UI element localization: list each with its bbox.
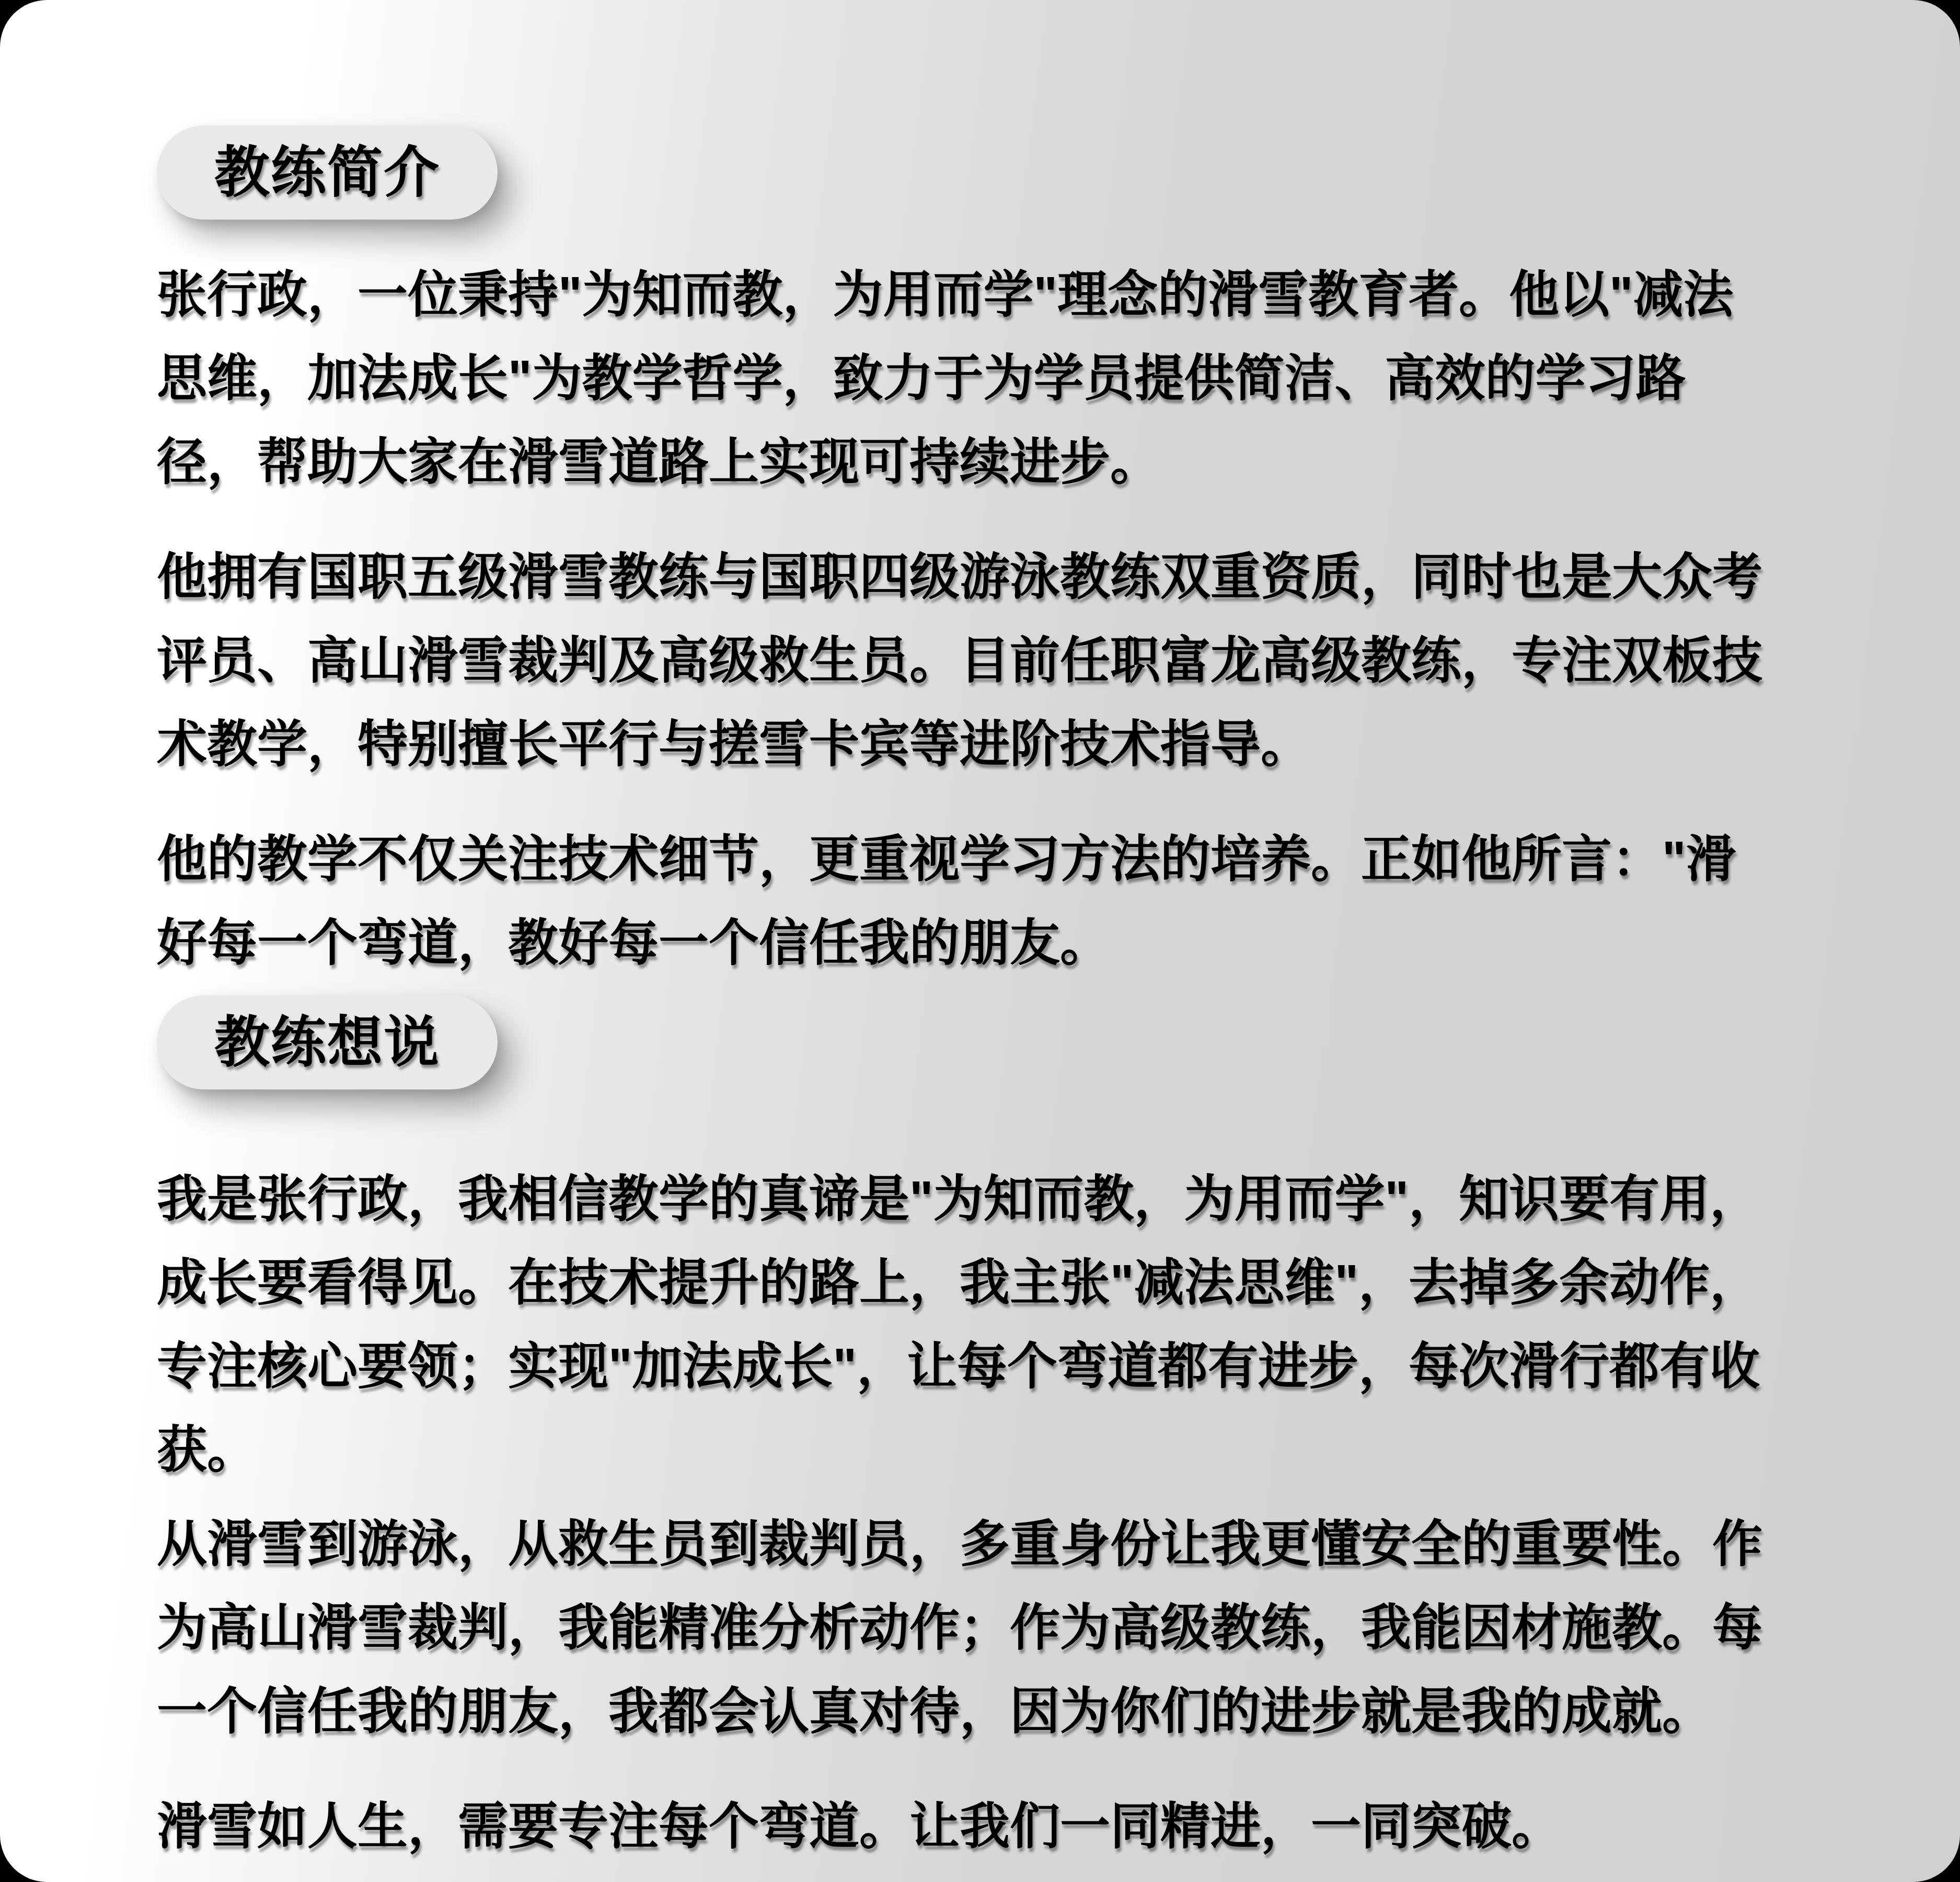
coach-profile-card: 教练简介 张行政，一位秉持"为知而教，为用而学"理念的滑雪教育者。他以"减法 思… — [0, 0, 1960, 1882]
intro-paragraph-2: 他拥有国职五级滑雪教练与国职四级游泳教练双重资质，同时也是大众考 评员、高山滑雪… — [157, 535, 1808, 786]
paragraph-line: 专注核心要领；实现"加法成长"，让每个弯道都有进步，每次滑行都有收 — [157, 1325, 1808, 1408]
intro-paragraph-3: 他的教学不仅关注技术细节，更重视学习方法的培养。正如他所言："滑 好每一个弯道，… — [157, 818, 1808, 985]
paragraph-line: 思维，加法成长"为教学哲学，致力于为学员提供简洁、高效的学习路 — [157, 337, 1808, 420]
paragraph-line: 从滑雪到游泳，从救生员到裁判员，多重身份让我更懂安全的重要性。作 — [157, 1502, 1808, 1586]
intro-paragraph-1: 张行政，一位秉持"为知而教，为用而学"理念的滑雪教育者。他以"减法 思维，加法成… — [157, 253, 1808, 504]
paragraph-line: 他的教学不仅关注技术细节，更重视学习方法的培养。正如他所言："滑 — [157, 818, 1808, 901]
paragraph-line: 获。 — [157, 1408, 1808, 1492]
badge-coach-message-label: 教练想说 — [214, 1012, 440, 1073]
section-coach-message: 教练想说 我是张行政，我相信教学的真谛是"为知而教，为用而学"，知识要有用， 成… — [157, 985, 1808, 1868]
page-background: 教练简介 张行政，一位秉持"为知而教，为用而学"理念的滑雪教育者。他以"减法 思… — [0, 0, 1960, 1882]
message-paragraph-3: 滑雪如人生，需要专注每个弯道。让我们一同精进，一同突破。 — [157, 1785, 1808, 1868]
paragraph-line: 好每一个弯道，教好每一个信任我的朋友。 — [157, 901, 1808, 985]
paragraph-line: 滑雪如人生，需要专注每个弯道。让我们一同精进，一同突破。 — [157, 1785, 1808, 1868]
message-paragraph-1: 我是张行政，我相信教学的真谛是"为知而教，为用而学"，知识要有用， 成长要看得见… — [157, 1157, 1808, 1492]
paragraph-line: 张行政，一位秉持"为知而教，为用而学"理念的滑雪教育者。他以"减法 — [157, 253, 1808, 337]
message-paragraph-2: 从滑雪到游泳，从救生员到裁判员，多重身份让我更懂安全的重要性。作 为高山滑雪裁判… — [157, 1502, 1808, 1753]
paragraph-line: 成长要看得见。在技术提升的路上，我主张"减法思维"，去掉多余动作， — [157, 1241, 1808, 1325]
paragraph-line: 为高山滑雪裁判，我能精准分析动作；作为高级教练，我能因材施教。每 — [157, 1586, 1808, 1670]
paragraph-line: 我是张行政，我相信教学的真谛是"为知而教，为用而学"，知识要有用， — [157, 1157, 1808, 1241]
badge-coach-message: 教练想说 — [157, 995, 498, 1089]
paragraph-line: 术教学，特别擅长平行与搓雪卡宾等进阶技术指导。 — [157, 703, 1808, 786]
badge-coach-intro-label: 教练简介 — [214, 142, 440, 203]
badge-coach-intro: 教练简介 — [157, 125, 498, 220]
paragraph-line: 径，帮助大家在滑雪道路上实现可持续进步。 — [157, 420, 1808, 504]
paragraph-line: 他拥有国职五级滑雪教练与国职四级游泳教练双重资质，同时也是大众考 — [157, 535, 1808, 619]
section-coach-intro: 教练简介 张行政，一位秉持"为知而教，为用而学"理念的滑雪教育者。他以"减法 思… — [157, 125, 1808, 985]
paragraph-line: 一个信任我的朋友，我都会认真对待，因为你们的进步就是我的成就。 — [157, 1670, 1808, 1753]
paragraph-line: 评员、高山滑雪裁判及高级救生员。目前任职富龙高级教练，专注双板技 — [157, 619, 1808, 703]
